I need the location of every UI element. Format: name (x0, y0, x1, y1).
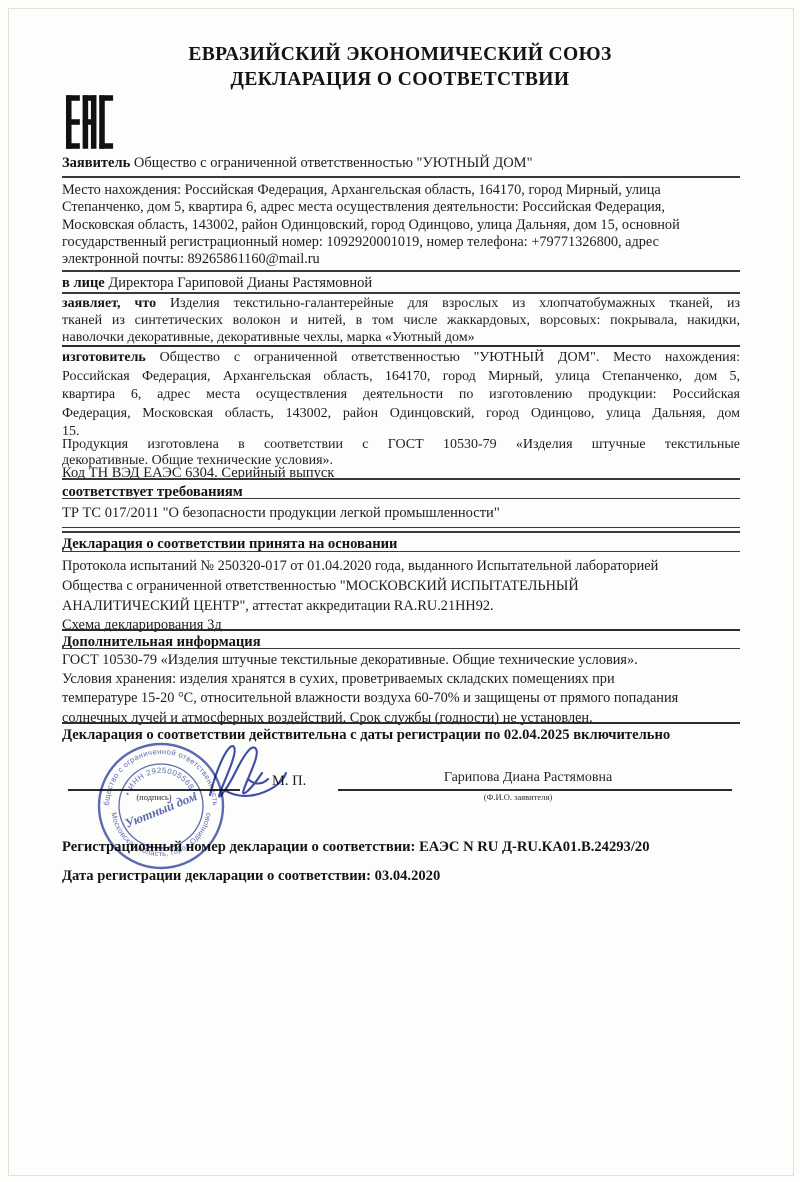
declares-line: тканей из синтетических волокон и нитей,… (62, 313, 740, 330)
location-line: государственный регистрационный номер: 1… (62, 234, 740, 251)
handwritten-signature (196, 733, 291, 818)
section-divider (62, 629, 740, 631)
basis-line: Общества с ограниченной ответственностью… (62, 576, 740, 596)
declares-line: наволочки декоративные, декоративные чех… (62, 330, 740, 347)
declares-line: заявляет, что Изделия текстильно-галанте… (62, 296, 740, 313)
scheme-row: Схема декларирования 3д (62, 616, 740, 634)
fio-caption: (Ф.И.О. заявителя) (338, 792, 698, 802)
double-divider-top (62, 527, 740, 529)
declares-text: Изделия текстильно-галантерейные для взр… (170, 296, 740, 311)
declares-block: заявляет, что Изделия текстильно-галанте… (62, 296, 740, 346)
manufacturer-block: изготовитель Общество с ограниченной отв… (62, 349, 740, 442)
double-divider-bottom (62, 531, 740, 533)
applicant-text: Общество с ограниченной ответственностью… (134, 155, 533, 171)
declaration-document: ЕВРАЗИЙСКИЙ ЭКОНОМИЧЕСКИЙ СОЮЗ ДЕКЛАРАЦИ… (0, 0, 800, 1182)
manufacturer-line: изготовитель Общество с ограниченной отв… (62, 349, 740, 368)
section-divider (62, 478, 740, 480)
location-line: электронной почты: 89265861160@mail.ru (62, 251, 740, 268)
manufacturer-line: Федерация, Московская область, 143002, р… (62, 405, 740, 424)
complies-text: ТР ТС 017/2011 "О безопасности продукции… (62, 504, 740, 522)
additional-line: Условия хранения: изделия хранятся в сух… (62, 670, 740, 689)
registration-date-value: 03.04.2020 (375, 868, 441, 884)
additional-line: температуре 15-20 °С, относительной влаж… (62, 689, 740, 708)
fio-line (338, 789, 732, 791)
location-line: Московская область, 143002, район Одинцо… (62, 217, 740, 234)
applicant-label: Заявитель (62, 155, 130, 171)
applicant-fio: Гарипова Диана Растямовна (338, 770, 718, 786)
registration-number-value: ЕАЭС N RU Д-RU.КА01.В.24293/20 (419, 839, 649, 855)
section-divider (62, 345, 740, 347)
eac-logo-icon (66, 94, 114, 150)
production-line: Продукция изготовлена в соответствии с Г… (62, 437, 740, 453)
additional-line: ГОСТ 10530-79 «Изделия штучные текстильн… (62, 651, 740, 670)
document-title-declaration: ДЕКЛАРАЦИЯ О СООТВЕТСТВИИ (0, 69, 800, 91)
basis-line: АНАЛИТИЧЕСКИЙ ЦЕНТР", аттестат аккредита… (62, 596, 740, 616)
in-person-label: в лице (62, 275, 105, 291)
location-line: Степанченко, дом 5, квартира 6, адрес ме… (62, 199, 740, 216)
section-divider (62, 270, 740, 272)
location-block: Место нахождения: Российская Федерация, … (62, 182, 740, 268)
section-divider (62, 176, 740, 178)
location-line: Место нахождения: Российская Федерация, … (62, 182, 740, 199)
basis-block: Протокола испытаний № 250320-017 от 01.0… (62, 556, 740, 616)
additional-line: солнечных лучей и атмосферных воздействи… (62, 709, 740, 728)
declares-label: заявляет, что (62, 296, 156, 311)
manufacturer-line: Российская Федерация, Архангельская обла… (62, 368, 740, 387)
section-divider (62, 292, 740, 294)
applicant-row: Заявитель Общество с ограниченной ответс… (62, 154, 740, 172)
in-person-row: в лице Директора Гариповой Дианы Растямо… (62, 274, 740, 292)
document-title-union: ЕВРАЗИЙСКИЙ ЭКОНОМИЧЕСКИЙ СОЮЗ (0, 44, 800, 66)
additional-block: ГОСТ 10530-79 «Изделия штучные текстильн… (62, 651, 740, 728)
stamp-center-text: Уютный дом (123, 788, 200, 831)
manufacturer-text: Общество с ограниченной ответственностью… (160, 350, 740, 365)
in-person-text: Директора Гариповой Дианы Растямовной (108, 275, 372, 291)
section-divider (62, 498, 740, 500)
section-divider (62, 551, 740, 553)
manufacturer-line: квартира 6, адрес места осуществления де… (62, 386, 740, 405)
manufacturer-label: изготовитель (62, 350, 146, 365)
section-divider (62, 648, 740, 650)
basis-line: Протокола испытаний № 250320-017 от 01.0… (62, 556, 740, 576)
section-divider (62, 722, 740, 724)
